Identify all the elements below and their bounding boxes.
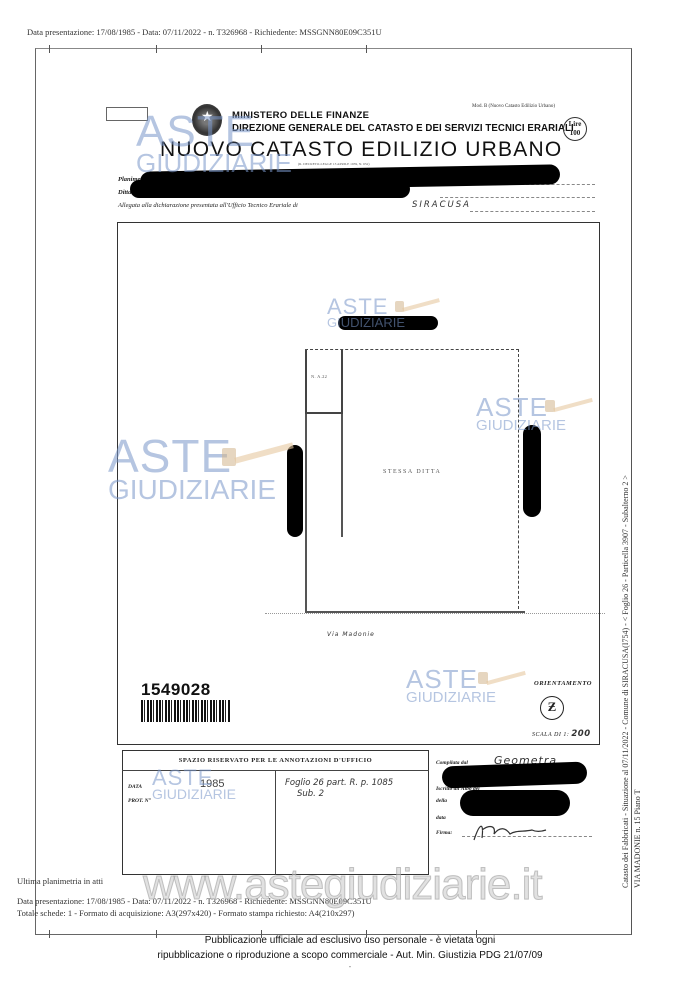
province-label: della [436, 798, 447, 804]
barcode [141, 700, 231, 722]
owner-label: STESSA DITTA [383, 469, 441, 475]
watermark-logo: ASTE GIUDIZIARIE [152, 768, 236, 800]
side-text-cadastral: Catasto dei Fabbricati - Situazione al 0… [621, 475, 630, 888]
compass-icon: Ƶ [540, 696, 564, 720]
price-stamp: Lire 100 [563, 117, 587, 141]
watermark-logo: ASTE GIUDIZIARIE [327, 297, 405, 328]
signature-label: Firma: [436, 830, 452, 836]
room-label: N. A.22 [311, 374, 327, 379]
plan-room [305, 350, 343, 414]
price-value: 100 [570, 129, 581, 137]
redaction [287, 445, 303, 537]
orientation-label: ORIENTAMENTO [534, 680, 592, 687]
redaction [523, 425, 541, 517]
annotation-sub: Sub. 2 [297, 789, 324, 799]
barcode-number: 1549028 [141, 680, 211, 700]
annotation-note: Foglio 26 part. R. p. 1085 [285, 778, 393, 788]
publication-notice-line-1: Pubblicazione ufficiale ad esclusivo uso… [0, 935, 700, 946]
street-label: Via Madonie [327, 631, 375, 638]
form-row-attached-line [470, 211, 595, 212]
watermark-giudiziarie: GIUDIZIARIE [108, 477, 276, 502]
document-header-line: Data presentazione: 17/08/1985 - Data: 0… [27, 27, 382, 37]
scale-text: SCALA DI 1: [532, 732, 569, 738]
scale-label: SCALA DI 1: 200 [532, 729, 591, 739]
last-plan-note: Ultima planimetria in atti [17, 876, 103, 886]
redaction [460, 790, 570, 816]
annotation-prot-label: PROT. N° [128, 798, 151, 804]
plan-wall [341, 400, 343, 537]
decree-reference: (R. DECRETO-LEGGE 13 APRILE 1939, N. 652… [298, 162, 370, 166]
watermark-logo: ASTE GIUDIZIARIE [108, 436, 276, 503]
price-currency: Lire [569, 120, 582, 128]
annotation-date-label: DATA [128, 784, 142, 790]
publication-notice-dash: - [0, 962, 700, 971]
watermark-giudiziarie: GIUDIZIARIE [476, 419, 566, 433]
watermark-giudiziarie: GIUDIZIARIE [327, 317, 405, 329]
publication-notice-line-2: ripubblicazione o riproduzione a scopo c… [0, 950, 700, 961]
watermark-url: www.astegiudiziarie.it [143, 860, 542, 910]
date-label: data [436, 815, 446, 821]
redaction [130, 180, 410, 198]
scale-value: 200 [571, 729, 590, 739]
watermark-giudiziarie: GIUDIZIARIE [406, 691, 496, 705]
street-line [265, 613, 605, 614]
form-row-owner-line [440, 197, 595, 198]
city-handwritten: SIRACUSA [412, 200, 471, 210]
watermark-giudiziarie: GIUDIZIARIE [136, 152, 292, 175]
signature-icon [470, 820, 550, 844]
watermark-giudiziarie: GIUDIZIARIE [152, 788, 236, 801]
form-row-attached: Allegata alla dichiarazione presentata a… [118, 202, 298, 209]
watermark-logo: ASTE GIUDIZIARIE [136, 112, 292, 175]
side-text-address: VIA MADONIE n. 15 Piano T [633, 789, 642, 888]
model-label: Mod. B (Nuovo Catasto Edilizio Urbano) [472, 104, 555, 109]
